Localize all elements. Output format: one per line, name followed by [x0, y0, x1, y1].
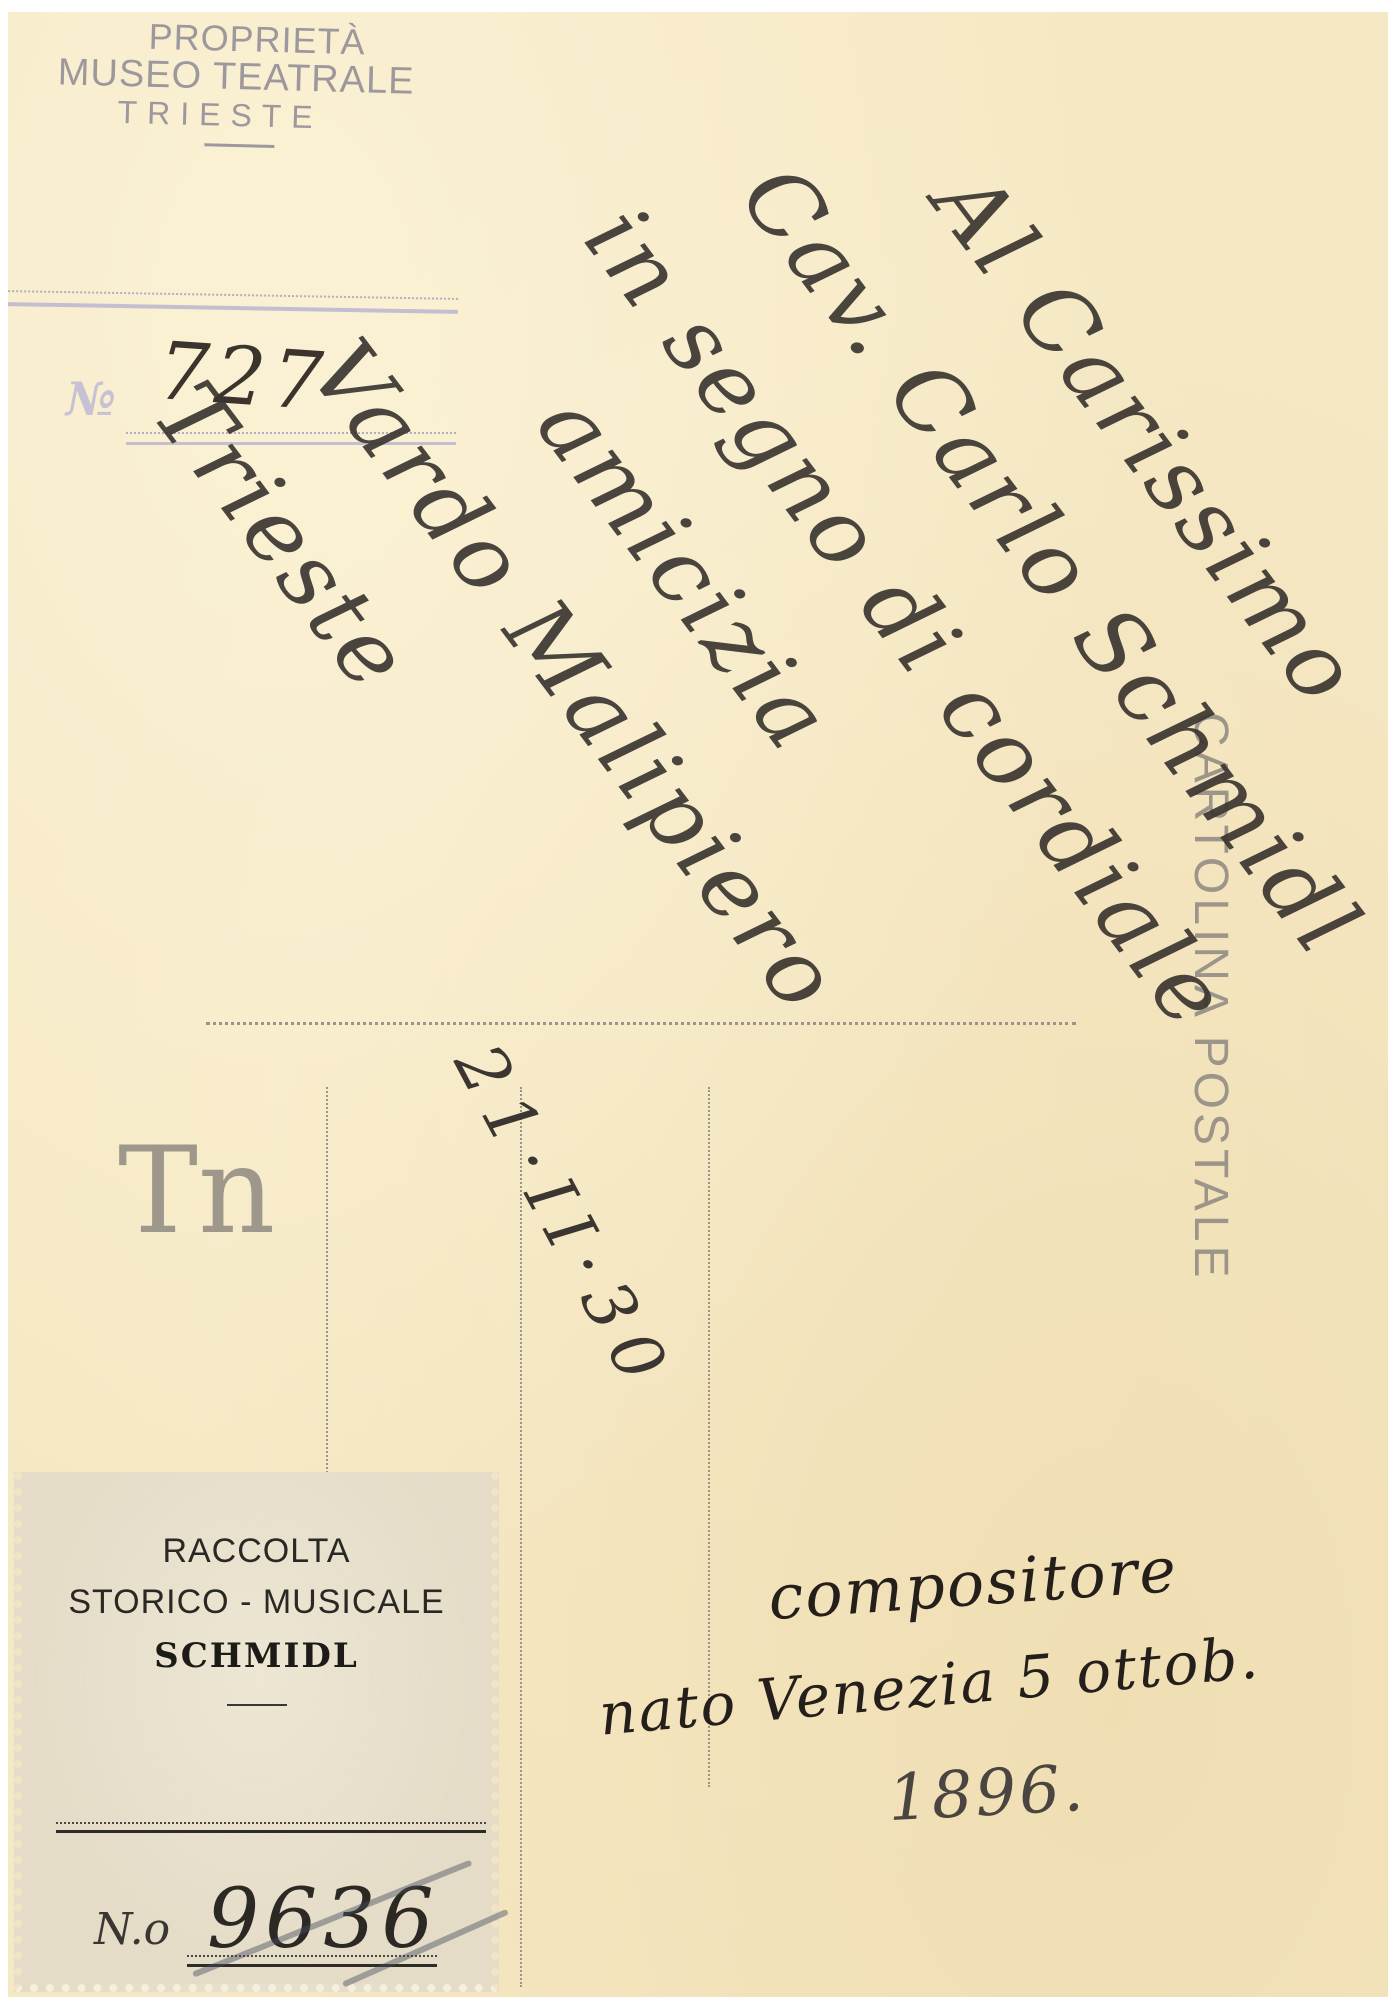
schmidl-collection-label: RACCOLTA STORICO - MUSICALE SCHMIDL N.o … — [14, 1472, 499, 1992]
label-line-2: STORICO - MUSICALE — [22, 1583, 491, 1622]
composer-note-line-1: compositore — [766, 1533, 1180, 1634]
address-divider-vertical-1 — [326, 1087, 328, 1477]
label-line-1: RACCOLTA — [22, 1532, 491, 1571]
label-dotted-rule — [56, 1822, 486, 1824]
label-short-rule — [227, 1704, 287, 1706]
label-solid-rule — [56, 1830, 486, 1833]
postcard-back: PROPRIETÀ MUSEO TEATRALE TRIESTE № 727 C… — [8, 12, 1388, 1997]
label-number-prefix: N.o — [94, 1904, 170, 1955]
label-line-3: SCHMIDL — [22, 1636, 491, 1676]
pencil-annotation: Tn — [118, 1122, 275, 1261]
stamp-rule — [204, 143, 274, 148]
composer-note-line-3: 1896. — [886, 1752, 1088, 1836]
composer-note-line-2: nato Venezia 5 ottob. — [596, 1623, 1262, 1748]
